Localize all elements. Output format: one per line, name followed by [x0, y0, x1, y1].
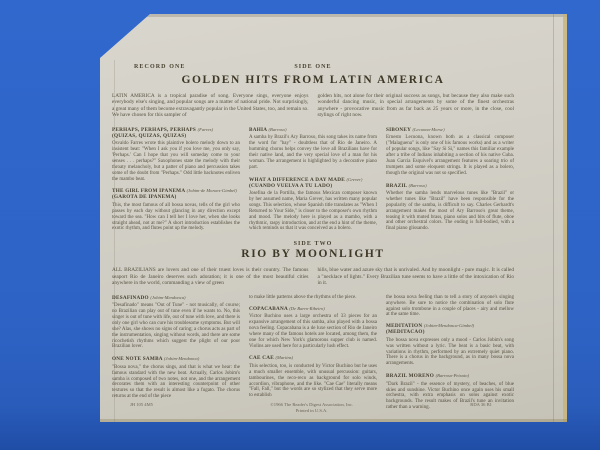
side-one-track-columns: PERHAPS, PERHAPS, PERHAPS (Farres) (QUIZ…	[112, 127, 514, 233]
track-notes: "Bossa nova," the chorus sings, and that…	[112, 365, 240, 400]
track-title: BRAZIL MORENO	[386, 373, 434, 379]
copyright-notice: ©1966 The Reader's Digest Association, I…	[270, 402, 353, 415]
sleeve-corner-cut-edge	[100, 16, 143, 56]
track-one-note-samba: ONE NOTE SAMBA (Jobim-Mendonca) "Bossa n…	[112, 356, 240, 400]
track-notes: A samba by Brazil's Ary Barroso, this so…	[249, 135, 377, 170]
track-notes: Ernesto Lecuona, known both as a classic…	[386, 135, 514, 176]
side-one-intro: LATIN AMERICA is a tropical paradise of …	[112, 93, 514, 119]
track-notes: Victor Buchino uses a large orchestra of…	[249, 314, 377, 349]
track-notes: Josefina de la Portilla, the famous Mexi…	[249, 191, 377, 232]
track-notes: This selection, too, is conducted by Vic…	[249, 364, 377, 399]
album-sleeve: RECORD ONE SIDE ONE GOLDEN HITS FROM LAT…	[100, 14, 567, 422]
track-credit: (De Barro-Ribeiro)	[289, 306, 325, 311]
copyright-line: ©1966 The Reader's Digest Association, I…	[270, 402, 353, 407]
track-what-a-difference: WHAT A DIFFERENCE A DAY MADE (Grever) (C…	[249, 177, 377, 233]
side-two-column-1: DESAFINADO (Jobim-Mendonca) "Desafinado"…	[112, 295, 240, 411]
track-title: BRAZIL	[386, 183, 407, 189]
track-subtitle: (QUIZAS, QUIZAS, QUIZAS)	[112, 134, 240, 140]
side-two-intro: ALL BRAZILIANS are lovers and one of the…	[112, 267, 514, 286]
track-copacabana: COPACABANA (De Barro-Ribeiro) Victor Buc…	[249, 306, 377, 350]
track-notes: "Desafinado" means "Out of Tune" - not m…	[112, 303, 240, 350]
track-title: WHAT A DIFFERENCE A DAY MADE	[249, 177, 345, 183]
side-one-header-row: RECORD ONE SIDE ONE	[112, 64, 514, 73]
track-cae-cae: CAE CAE (Martins) This selection, too, i…	[249, 355, 377, 399]
printed-line: Printed in U.S.A.	[296, 408, 328, 413]
track-bahia: BAHIA (Barroso) A samba by Brazil's Ary …	[249, 127, 377, 171]
side-one-title: GOLDEN HITS FROM LATIN AMERICA	[112, 74, 514, 86]
track-notes: This, the most famous of all bossa novas…	[112, 203, 240, 232]
track-subtitle: (GAROTA DE IPANEMA)	[112, 195, 240, 201]
liner-notes: RECORD ONE SIDE ONE GOLDEN HITS FROM LAT…	[112, 64, 514, 411]
track-brazil: BRAZIL (Barroso) Whether the samba lends…	[386, 183, 514, 233]
track-credit: (Grever)	[346, 177, 362, 182]
track-credit: (Martins)	[276, 355, 294, 360]
track-notes: Osvaldo Farres wrote this plaintive bole…	[112, 141, 240, 182]
track-title: DESAFINADO	[112, 295, 149, 301]
side-one-column-3: SIBONEY (Lecuona-Morse) Ernesto Lecuona,…	[386, 127, 514, 233]
print-code-right: RDA 36 B1	[470, 402, 492, 407]
column-continuation-text: the bossa nova feeling than to tell a st…	[386, 295, 514, 319]
track-title: SIBONEY	[386, 127, 411, 133]
track-credit: (Barroso)	[269, 127, 287, 132]
track-credit: (Lecuona-Morse)	[412, 127, 444, 132]
side-two-column-2: to make little patterns above the rhythm…	[249, 295, 377, 411]
side-two-label: SIDE TWO	[112, 241, 514, 247]
track-credit: (Jobim-Mendonca-Gimbel)	[424, 323, 474, 328]
side-one-column-1: PERHAPS, PERHAPS, PERHAPS (Farres) (QUIZ…	[112, 127, 240, 233]
track-meditation: MEDITATION (Jobim-Mendonca-Gimbel) (MEDI…	[386, 323, 514, 367]
side-two-header: SIDE TWO RIO BY MOONLIGHT	[112, 241, 514, 260]
track-credit: (Jobim-Mendonca)	[150, 295, 185, 300]
side-two-track-columns: DESAFINADO (Jobim-Mendonca) "Desafinado"…	[112, 295, 514, 411]
column-continuation-text: to make little patterns above the rhythm…	[249, 295, 377, 301]
track-subtitle: (CUANDO VUELVA A TU LADO)	[249, 184, 377, 190]
side-two-column-3: the bossa nova feeling than to tell a st…	[386, 295, 514, 411]
track-siboney: SIBONEY (Lecuona-Morse) Ernesto Lecuona,…	[386, 127, 514, 177]
sleeve-right-fold-line	[553, 14, 554, 422]
track-girl-from-ipanema: THE GIRL FROM IPANEMA (Jobim-de Moraes-G…	[112, 188, 240, 232]
track-credit: (Barroso)	[409, 183, 427, 188]
sleeve-top-edge	[100, 14, 567, 17]
track-title: PERHAPS, PERHAPS, PERHAPS	[112, 127, 196, 133]
track-credit: (Barroso-Peixoto)	[436, 373, 470, 378]
record-number-label: RECORD ONE	[134, 64, 186, 70]
track-subtitle: (MEDITACAO)	[386, 330, 514, 336]
track-title: BAHIA	[249, 127, 267, 133]
print-code-left: JH 105 4M5	[130, 402, 153, 407]
track-title: CAE CAE	[249, 355, 274, 361]
sleeve-footer: JH 105 4M5 ©1966 The Reader's Digest Ass…	[130, 402, 492, 415]
track-title: ONE NOTE SAMBA	[112, 356, 162, 362]
side-one-column-2: BAHIA (Barroso) A samba by Brazil's Ary …	[249, 127, 377, 233]
side-one-intro-right: golden hits, not alone for their origina…	[318, 93, 515, 119]
track-title: COPACABANA	[249, 306, 288, 312]
side-two-intro-left: ALL BRAZILIANS are lovers and one of the…	[112, 267, 309, 286]
side-one-intro-left: LATIN AMERICA is a tropical paradise of …	[112, 93, 309, 119]
track-desafinado: DESAFINADO (Jobim-Mendonca) "Desafinado"…	[112, 295, 240, 351]
track-notes: Whether the samba lends marvelous tunes …	[386, 191, 514, 232]
track-credit: (Farres)	[198, 127, 213, 132]
track-credit: (Jobim-Mendonca)	[164, 356, 199, 361]
track-perhaps: PERHAPS, PERHAPS, PERHAPS (Farres) (QUIZ…	[112, 127, 240, 183]
sleeve-right-edge	[563, 14, 567, 422]
side-two-intro-right: hills, blue water and azure sky that is …	[318, 267, 515, 286]
side-two-title: RIO BY MOONLIGHT	[112, 248, 514, 260]
track-notes: The bossa nova expresses only a mood - C…	[386, 338, 514, 367]
sleeve-bottom-edge	[100, 419, 567, 422]
track-credit: (Jobim-de Moraes-Gimbel)	[187, 188, 237, 193]
